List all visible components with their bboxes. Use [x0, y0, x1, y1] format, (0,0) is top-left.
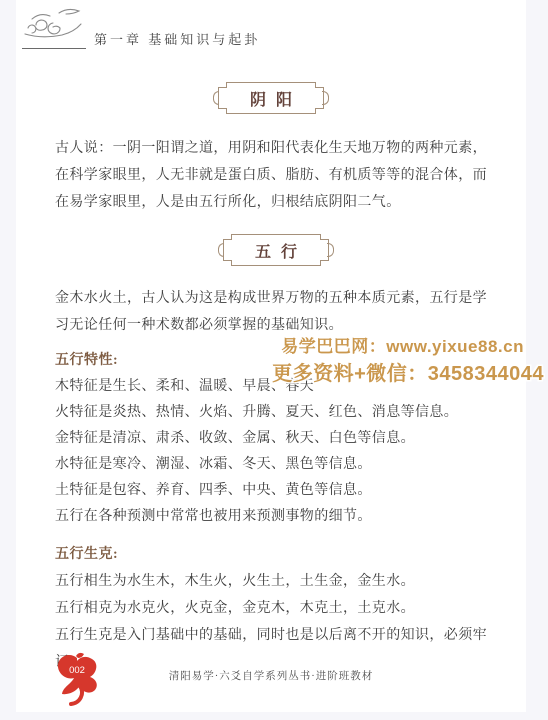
paragraph-yinyang: 古人说：一阴一阳谓之道，用阴和阳代表化生天地万物的两种元素， 在科学家眼里，人无… [55, 135, 497, 216]
watermark-wechat-contact: 更多资料+微信：3458344044 [272, 357, 544, 386]
section-title-box-yinyang: 阴阳 [218, 82, 324, 114]
text-line: 五行相生为水生木，木生火，火生土，土生金，金生水。 [55, 568, 497, 595]
header-underline [22, 6, 86, 49]
page-header: 第一章 基础知识与起卦 [22, 6, 260, 49]
section-title-wuxing: 五行 [245, 239, 307, 262]
text-line: 五行生克是入门基础中的基础，同时也是以后离不开的知识，必须牢 [55, 622, 497, 649]
book-page: 第一章 基础知识与起卦 阴阳 古人说：一阴一阳谓之道，用阴和阳代表化生天地万物的… [16, 0, 526, 712]
plaque-border: 五行 [223, 234, 329, 266]
watermark-site-url: 易学巴巴网：www.yixue88.cn [281, 332, 524, 357]
list-wuxing-texing: 木特征是生长、柔和、温暖、早晨、春天 火特征是炎热、热情、火焰、升腾、夏天、红色… [55, 374, 497, 530]
list-item: 金特征是清凉、肃杀、收敛、金属、秋天、白色等信息。 [55, 426, 497, 452]
list-item: 火特征是炎热、热情、火焰、升腾、夏天、红色、消息等信息。 [55, 400, 497, 426]
plaque-inner: 阴阳 [219, 83, 323, 113]
page-content: 古人说：一阴一阳谓之道，用阴和阳代表化生天地万物的两种元素， 在科学家眼里，人无… [16, 135, 526, 676]
text-line: 古人说：一阴一阳谓之道，用阴和阳代表化生天地万物的两种元素， [55, 135, 497, 162]
text-line: 在科学家眼里，人无非就是蛋白质、脂肪、有机质等等的混合体，而 [55, 162, 497, 189]
list-item: 水特征是寒冷、潮湿、冰霜、冬天、黑色等信息。 [55, 452, 497, 478]
section-title-box-wuxing: 五行 [223, 234, 329, 266]
footer-series-title: 清阳易学·六爻自学系列丛书·进阶班教材 [16, 668, 526, 683]
section-title-yinyang: 阴阳 [240, 87, 302, 110]
paragraph-wuxing-intro: 金木水火土，古人认为这是构成世界万物的五种本质元素，五行是学 习无论任何一种术数… [55, 285, 497, 339]
plaque-border: 阴阳 [218, 82, 324, 114]
text-line: 五行相克为水克火，火克金，金克木，木克土，土克水。 [55, 595, 497, 622]
list-item: 土特征是包容、养育、四季、中央、黄色等信息。 [55, 478, 497, 504]
cloud-flourish-icon [22, 6, 84, 42]
subheading-wuxing-shengke: 五行生克: [55, 542, 497, 568]
chapter-title: 第一章 基础知识与起卦 [94, 29, 260, 48]
list-item: 五行在各种预测中常常也被用来预测事物的细节。 [55, 504, 497, 530]
list-wuxing-shengke: 五行相生为水生木，木生火，火生土，土生金，金生水。 五行相克为水克火，火克金，金… [55, 568, 497, 676]
text-line: 金木水火土，古人认为这是构成世界万物的五种本质元素，五行是学 [55, 285, 497, 312]
book-page-screenshot: { "header": { "chapter_title": "第一章 基础知识… [0, 0, 548, 720]
plaque-inner: 五行 [224, 235, 328, 265]
text-line: 在易学家眼里，人是由五行所化，归根结底阴阳二气。 [55, 189, 497, 216]
